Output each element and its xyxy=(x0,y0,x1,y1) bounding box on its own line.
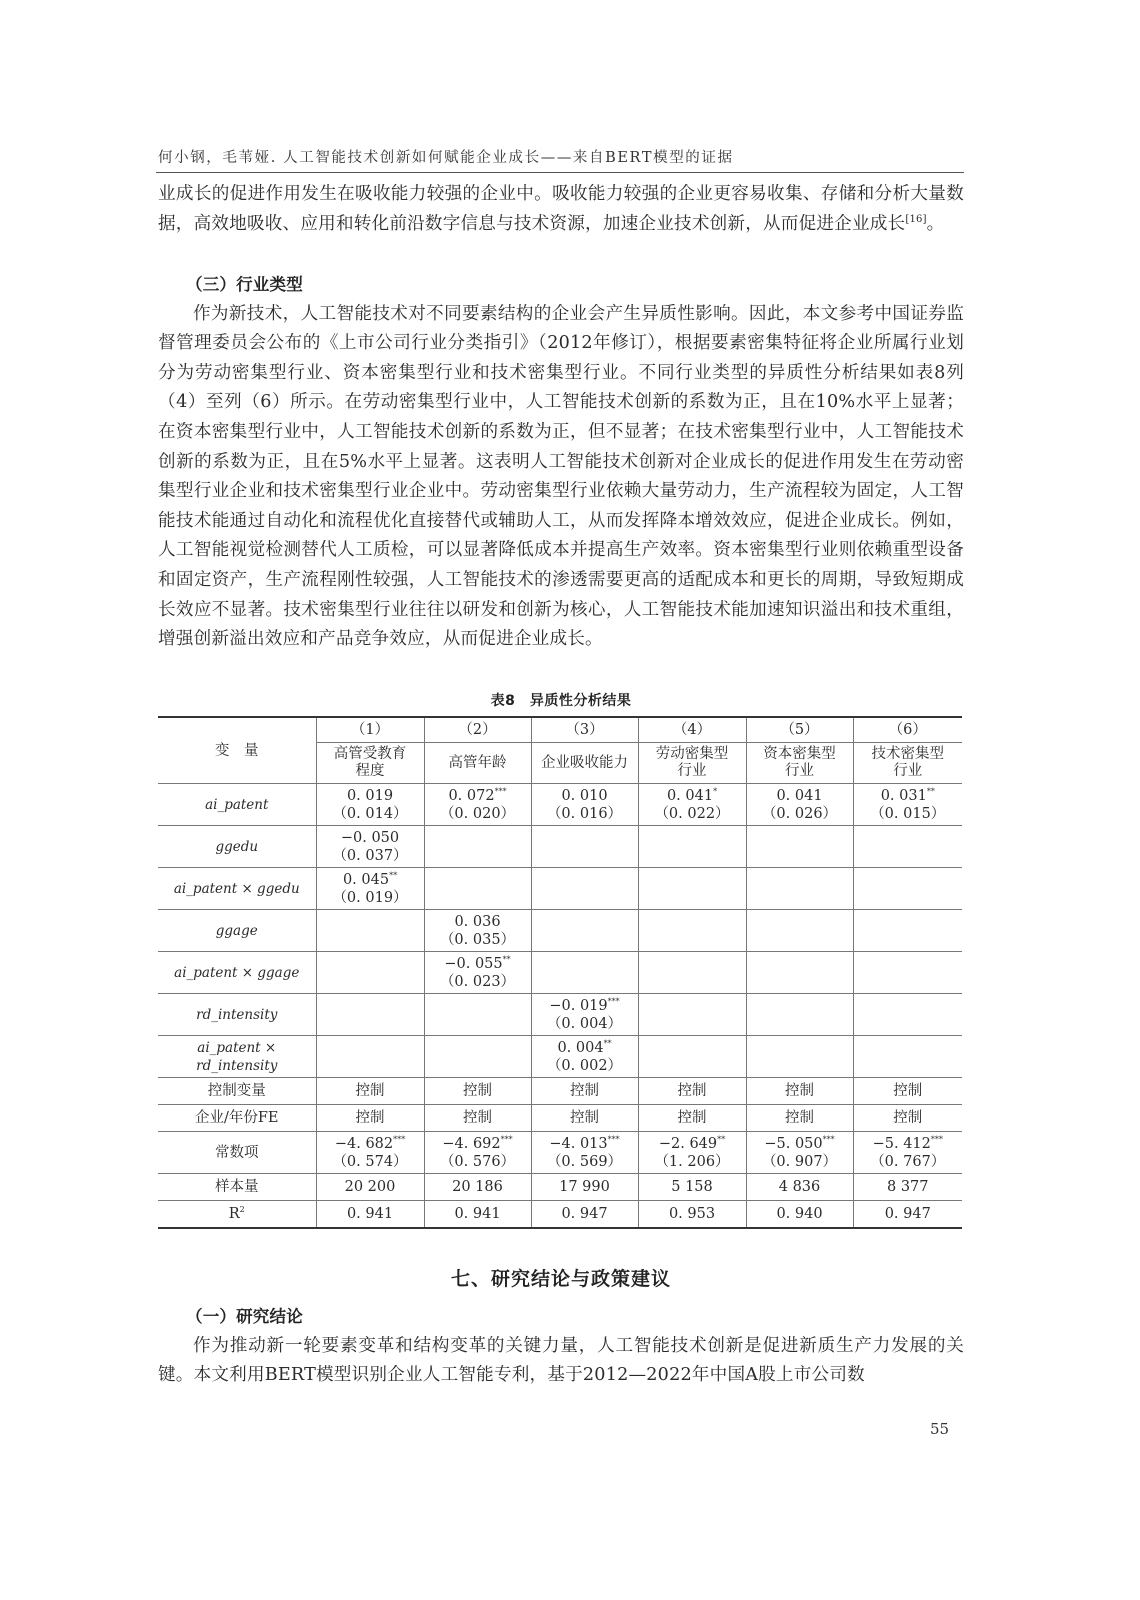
table-cell: 控制 xyxy=(853,1078,962,1105)
results-table: 变 量 （1） （2） （3） （4） （5） （6） 高管受教育程度 高管年龄… xyxy=(158,716,962,1229)
table-cell xyxy=(638,826,746,868)
standard-error: （0. 016） xyxy=(532,805,638,823)
significance-stars: ** xyxy=(503,955,511,964)
col-name-line: 高管年龄 xyxy=(425,755,531,772)
variable-name: ai_patent xyxy=(158,784,316,826)
coef-value: −0. 055 xyxy=(444,956,502,972)
coef-value: 0. 072 xyxy=(448,788,494,804)
standard-error: （0. 574） xyxy=(317,1153,424,1171)
paragraph-end: 。 xyxy=(927,214,945,234)
standard-error: （0. 035） xyxy=(425,931,531,949)
table-cell: −5. 050***（0. 907） xyxy=(746,1132,853,1174)
coefficient: 0. 004** xyxy=(532,1039,638,1057)
coef-value: −2. 649 xyxy=(659,1136,717,1152)
row-label: 样本量 xyxy=(158,1174,316,1201)
paragraph-text: 业成长的促进作用发生在吸收能力较强的企业中。吸收能力较强的企业更容易收集、存储和… xyxy=(158,184,964,234)
col-number: （2） xyxy=(424,717,531,743)
table-caption: 表8 异质性分析结果 xyxy=(158,690,964,710)
table-row: 控制变量控制控制控制控制控制控制 xyxy=(158,1078,962,1105)
table-row: R20. 9410. 9410. 9470. 9530. 9400. 947 xyxy=(158,1201,962,1229)
coef-value: −5. 050 xyxy=(764,1136,822,1152)
significance-stars: *** xyxy=(608,997,620,1006)
table-cell: 0. 019（0. 014） xyxy=(316,784,424,826)
standard-error: （0. 019） xyxy=(317,889,424,907)
standard-error: （0. 004） xyxy=(532,1015,638,1033)
table-cell xyxy=(638,952,746,994)
table-cell: 控制 xyxy=(746,1078,853,1105)
significance-stars: ** xyxy=(927,787,935,796)
table-cell: 0. 045**（0. 019） xyxy=(316,868,424,910)
coefficient: −0. 055** xyxy=(425,955,531,973)
table-cell: 控制 xyxy=(316,1105,424,1132)
table-cell: 控制 xyxy=(638,1078,746,1105)
coef-value: 0. 045 xyxy=(343,872,389,888)
table-cell: 0. 940 xyxy=(746,1201,853,1229)
table-cell: 控制 xyxy=(531,1078,638,1105)
coefficient: −4. 692*** xyxy=(425,1135,531,1153)
significance-stars: *** xyxy=(393,1135,405,1144)
table-cell: 0. 010（0. 016） xyxy=(531,784,638,826)
coef-value: 0. 036 xyxy=(454,914,500,930)
coefficient: −0. 050 xyxy=(317,829,424,847)
table-cell: 0. 947 xyxy=(853,1201,962,1229)
significance-stars: *** xyxy=(501,1135,513,1144)
significance-stars: *** xyxy=(931,1135,943,1144)
significance-stars: *** xyxy=(608,1135,620,1144)
summary-rows: 控制变量控制控制控制控制控制控制企业/年份FE控制控制控制控制控制控制常数项−4… xyxy=(158,1078,962,1229)
table-cell: 控制 xyxy=(853,1105,962,1132)
table-cell xyxy=(853,952,962,994)
table-row: 常数项−4. 682***（0. 574）−4. 692***（0. 576）−… xyxy=(158,1132,962,1174)
coefficient: −4. 013*** xyxy=(532,1135,638,1153)
table-cell xyxy=(746,868,853,910)
col-name-line: 行业 xyxy=(639,763,746,780)
col-number: （6） xyxy=(853,717,962,743)
table-cell: 控制 xyxy=(424,1105,531,1132)
variable-name: ai_patent × ggedu xyxy=(158,868,316,910)
table-cell xyxy=(424,1036,531,1078)
table-cell xyxy=(746,910,853,952)
col-name: 高管受教育程度 xyxy=(316,743,424,784)
table-cell: 0. 041（0. 026） xyxy=(746,784,853,826)
coef-value: 0. 041 xyxy=(667,788,713,804)
coefficient: 0. 031** xyxy=(854,787,963,805)
table-cell xyxy=(638,868,746,910)
standard-error: （0. 015） xyxy=(854,805,963,823)
table-cell: −4. 692***（0. 576） xyxy=(424,1132,531,1174)
table-row: rd_intensity−0. 019***（0. 004） xyxy=(158,994,962,1036)
table-cell: 控制 xyxy=(424,1078,531,1105)
table-cell xyxy=(424,994,531,1036)
coefficient: −2. 649** xyxy=(639,1135,746,1153)
variable-name: ai_patent × ggage xyxy=(158,952,316,994)
standard-error: （0. 037） xyxy=(317,847,424,865)
table-cell: 控制 xyxy=(638,1105,746,1132)
coef-value: −4. 682 xyxy=(335,1136,393,1152)
coefficient: −4. 682*** xyxy=(317,1135,424,1153)
coefficient: 0. 041* xyxy=(639,787,746,805)
table-cell: −5. 412***（0. 767） xyxy=(853,1132,962,1174)
table-cell: 控制 xyxy=(316,1078,424,1105)
col-name: 技术密集型行业 xyxy=(853,743,962,784)
subsection-title: （一）研究结论 xyxy=(158,1302,964,1332)
standard-error: （0. 569） xyxy=(532,1153,638,1171)
standard-error: （0. 576） xyxy=(425,1153,531,1171)
table-cell: 0. 031**（0. 015） xyxy=(853,784,962,826)
table-cell: 控制 xyxy=(746,1105,853,1132)
table-cell xyxy=(746,994,853,1036)
coefficient: −5. 412*** xyxy=(854,1135,963,1153)
col-name: 劳动密集型行业 xyxy=(638,743,746,784)
variable-name: ggage xyxy=(158,910,316,952)
table-cell: 0. 072***（0. 020） xyxy=(424,784,531,826)
col-name: 高管年龄 xyxy=(424,743,531,784)
paragraph-text: 作为新技术，人工智能技术对不同要素结构的企业会产生异质性影响。因此，本文参考中国… xyxy=(158,300,964,655)
col-number: （1） xyxy=(316,717,424,743)
table-cell xyxy=(853,994,962,1036)
col-number: （4） xyxy=(638,717,746,743)
variable-name: ai_patent × rd_intensity xyxy=(158,1036,316,1078)
table-cell: 0. 953 xyxy=(638,1201,746,1229)
table-cell: 0. 941 xyxy=(424,1201,531,1229)
table-cell: 0. 041*（0. 022） xyxy=(638,784,746,826)
coef-value: 0. 041 xyxy=(776,788,822,804)
coefficient: −5. 050*** xyxy=(747,1135,853,1153)
coefficient: 0. 045** xyxy=(317,871,424,889)
table-cell xyxy=(746,826,853,868)
table-cell: 20 200 xyxy=(316,1174,424,1201)
significance-stars: ** xyxy=(604,1039,612,1048)
header-variable: 变 量 xyxy=(158,717,316,784)
significance-stars: ** xyxy=(389,871,397,880)
standard-error: （0. 767） xyxy=(854,1153,963,1171)
table-cell xyxy=(853,910,962,952)
section-conclusions: （一）研究结论 作为推动新一轮要素变革和结构变革的关键力量，人工智能技术创新是促… xyxy=(158,1302,964,1391)
coefficient: 0. 041 xyxy=(747,787,853,805)
table-cell: −2. 649**（1. 206） xyxy=(638,1132,746,1174)
table-row: ai_patent0. 019（0. 014）0. 072***（0. 020）… xyxy=(158,784,962,826)
coefficient: 0. 036 xyxy=(425,913,531,931)
col-number: （5） xyxy=(746,717,853,743)
paragraph-continuation: 业成长的促进作用发生在吸收能力较强的企业中。吸收能力较强的企业更容易收集、存储和… xyxy=(158,180,964,239)
variable-name: ggedu xyxy=(158,826,316,868)
col-name-line: 行业 xyxy=(854,763,963,780)
standard-error: （0. 014） xyxy=(317,805,424,823)
significance-stars: *** xyxy=(823,1135,835,1144)
coef-value: −5. 412 xyxy=(873,1136,931,1152)
table-cell xyxy=(853,826,962,868)
table-row: ai_patent × rd_intensity0. 004**（0. 002） xyxy=(158,1036,962,1078)
table-cell xyxy=(746,1036,853,1078)
table-cell xyxy=(638,910,746,952)
standard-error: （0. 023） xyxy=(425,973,531,991)
row-label: 企业/年份FE xyxy=(158,1105,316,1132)
coef-value: 0. 031 xyxy=(881,788,927,804)
table-cell: 20 186 xyxy=(424,1174,531,1201)
standard-error: （0. 026） xyxy=(747,805,853,823)
table-cell xyxy=(531,868,638,910)
table-cell xyxy=(531,952,638,994)
col-name-line: 高管受教育 xyxy=(317,746,424,763)
col-name: 资本密集型行业 xyxy=(746,743,853,784)
table-cell: −0. 019***（0. 004） xyxy=(531,994,638,1036)
coef-value: −4. 692 xyxy=(442,1136,500,1152)
header-divider xyxy=(156,172,964,173)
table-row: 样本量20 20020 18617 9905 1584 8368 377 xyxy=(158,1174,962,1201)
table-cell: 8 377 xyxy=(853,1174,962,1201)
table-cell: 0. 947 xyxy=(531,1201,638,1229)
coef-value: −0. 019 xyxy=(549,998,607,1014)
significance-stars: ** xyxy=(717,1135,725,1144)
coefficient: −0. 019*** xyxy=(532,997,638,1015)
paragraph-text: 作为推动新一轮要素变革和结构变革的关键力量，人工智能技术创新是促进新质生产力发展… xyxy=(158,1332,964,1391)
table-cell xyxy=(638,1036,746,1078)
table-cell xyxy=(853,868,962,910)
table-cell: 4 836 xyxy=(746,1174,853,1201)
subsection-industry-type: （三）行业类型 作为新技术，人工智能技术对不同要素结构的企业会产生异质性影响。因… xyxy=(158,270,964,655)
row-label: 控制变量 xyxy=(158,1078,316,1105)
subsection-title: （三）行业类型 xyxy=(158,270,964,300)
running-head: 何小钢，毛苇娅. 人工智能技术创新如何赋能企业成长——来自BERT模型的证据 xyxy=(158,146,964,167)
coef-value: 0. 004 xyxy=(557,1040,603,1056)
table-row: 企业/年份FE控制控制控制控制控制控制 xyxy=(158,1105,962,1132)
table-row: ai_patent × ggage−0. 055**（0. 023） xyxy=(158,952,962,994)
table-cell: −4. 682***（0. 574） xyxy=(316,1132,424,1174)
col-name-line: 企业吸收能力 xyxy=(532,755,638,772)
table-cell: 5 158 xyxy=(638,1174,746,1201)
table-cell xyxy=(531,826,638,868)
col-name-line: 程度 xyxy=(317,763,424,780)
col-name: 企业吸收能力 xyxy=(531,743,638,784)
table-cell xyxy=(316,952,424,994)
table-cell: 17 990 xyxy=(531,1174,638,1201)
table-cell xyxy=(424,826,531,868)
table-cell xyxy=(853,1036,962,1078)
table-row: ai_patent × ggedu0. 045**（0. 019） xyxy=(158,868,962,910)
col-name-line: 资本密集型 xyxy=(747,746,853,763)
table-cell: 0. 941 xyxy=(316,1201,424,1229)
standard-error: （0. 002） xyxy=(532,1057,638,1075)
table-cell: −0. 055**（0. 023） xyxy=(424,952,531,994)
table-cell xyxy=(531,910,638,952)
table-cell: −0. 050（0. 037） xyxy=(316,826,424,868)
table-cell xyxy=(316,910,424,952)
col-name-line: 劳动密集型 xyxy=(639,746,746,763)
standard-error: （0. 022） xyxy=(639,805,746,823)
coef-value: −4. 013 xyxy=(549,1136,607,1152)
r-squared-base: R xyxy=(229,1206,240,1222)
table-cell xyxy=(316,994,424,1036)
page-number: 55 xyxy=(930,1420,949,1438)
table-cell: 0. 036（0. 035） xyxy=(424,910,531,952)
variable-name: rd_intensity xyxy=(158,994,316,1036)
standard-error: （0. 907） xyxy=(747,1153,853,1171)
table-cell: 0. 004**（0. 002） xyxy=(531,1036,638,1078)
significance-stars: *** xyxy=(495,787,507,796)
row-label: 常数项 xyxy=(158,1132,316,1174)
coef-value: −0. 050 xyxy=(341,830,399,846)
col-number: （3） xyxy=(531,717,638,743)
coefficient-rows: ai_patent0. 019（0. 014）0. 072***（0. 020）… xyxy=(158,784,962,1078)
coefficient: 0. 019 xyxy=(317,787,424,805)
significance-stars: * xyxy=(713,787,717,796)
section-title: 七、研究结论与政策建议 xyxy=(158,1264,964,1291)
table-cell: −4. 013***（0. 569） xyxy=(531,1132,638,1174)
coef-value: 0. 010 xyxy=(561,788,607,804)
table-cell: 控制 xyxy=(531,1105,638,1132)
table-cell xyxy=(746,952,853,994)
standard-error: （0. 020） xyxy=(425,805,531,823)
r-squared-sup: 2 xyxy=(240,1205,245,1214)
standard-error: （1. 206） xyxy=(639,1153,746,1171)
coefficient: 0. 072*** xyxy=(425,787,531,805)
table-row: ggedu−0. 050（0. 037） xyxy=(158,826,962,868)
table-row: ggage0. 036（0. 035） xyxy=(158,910,962,952)
table-cell xyxy=(316,1036,424,1078)
col-name-line: 行业 xyxy=(747,763,853,780)
coef-value: 0. 019 xyxy=(347,788,393,804)
col-name-line: 技术密集型 xyxy=(854,746,963,763)
coefficient: 0. 010 xyxy=(532,787,638,805)
citation-ref[interactable]: [16] xyxy=(905,214,926,225)
table-cell xyxy=(424,868,531,910)
table-cell xyxy=(638,994,746,1036)
row-label: R2 xyxy=(158,1201,316,1229)
